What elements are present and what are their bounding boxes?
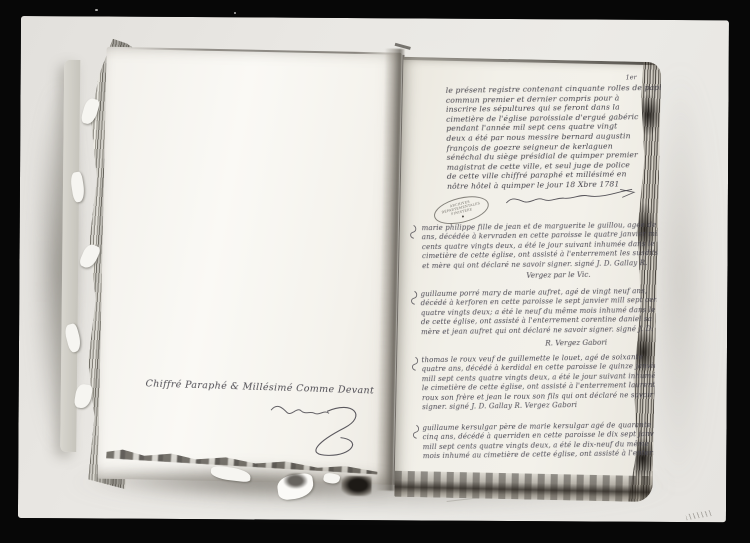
folio-number: 1er <box>626 73 637 81</box>
open-register-book: Chiffré Paraphé & Millésimé Comme Devant… <box>55 32 665 510</box>
register-entry-burial: marie philippe fille de jean et de margu… <box>422 221 662 272</box>
register-entry-burial: guillaume kersulgar père de marie kersul… <box>422 421 661 462</box>
margin-paraph-mark <box>408 224 418 240</box>
entry-signature: R. Vergez Gabori <box>545 338 607 348</box>
left-page-top-edge <box>124 47 395 55</box>
register-entry-burial: guillaume porré mary de marie aufret, ag… <box>421 286 662 337</box>
stamp-dot <box>462 215 464 217</box>
dust-speck <box>234 12 236 14</box>
margin-paraph-mark <box>409 356 419 372</box>
register-entry-burial: thomas le roux veuf de guillemette le lo… <box>421 353 661 413</box>
left-page-signature-flourish <box>266 396 377 464</box>
manuscript-text-block: 1er le présent registre contenant cinqua… <box>405 61 655 496</box>
spine-bottom-dark-gap <box>341 476 371 497</box>
dust-speck <box>95 9 98 11</box>
senechal-signature-flourish <box>502 187 640 211</box>
margin-paraph-mark <box>410 424 420 440</box>
margin-paraph-mark <box>409 290 419 306</box>
left-page-blank: Chiffré Paraphé & Millésimé Comme Devant <box>98 47 402 485</box>
right-page-manuscript: 1er le présent registre contenant cinqua… <box>394 57 661 502</box>
left-page-inscription: Chiffré Paraphé & Millésimé Comme Devant <box>145 378 374 396</box>
faint-corner-scribble <box>686 510 713 520</box>
photograph-frame: Chiffré Paraphé & Millésimé Comme Devant… <box>0 0 750 543</box>
entry-signature: Vergez par le Vic. <box>526 270 590 280</box>
torn-gap <box>283 472 307 488</box>
register-entry-preamble: le présent registre contenant cinquante … <box>446 83 662 192</box>
